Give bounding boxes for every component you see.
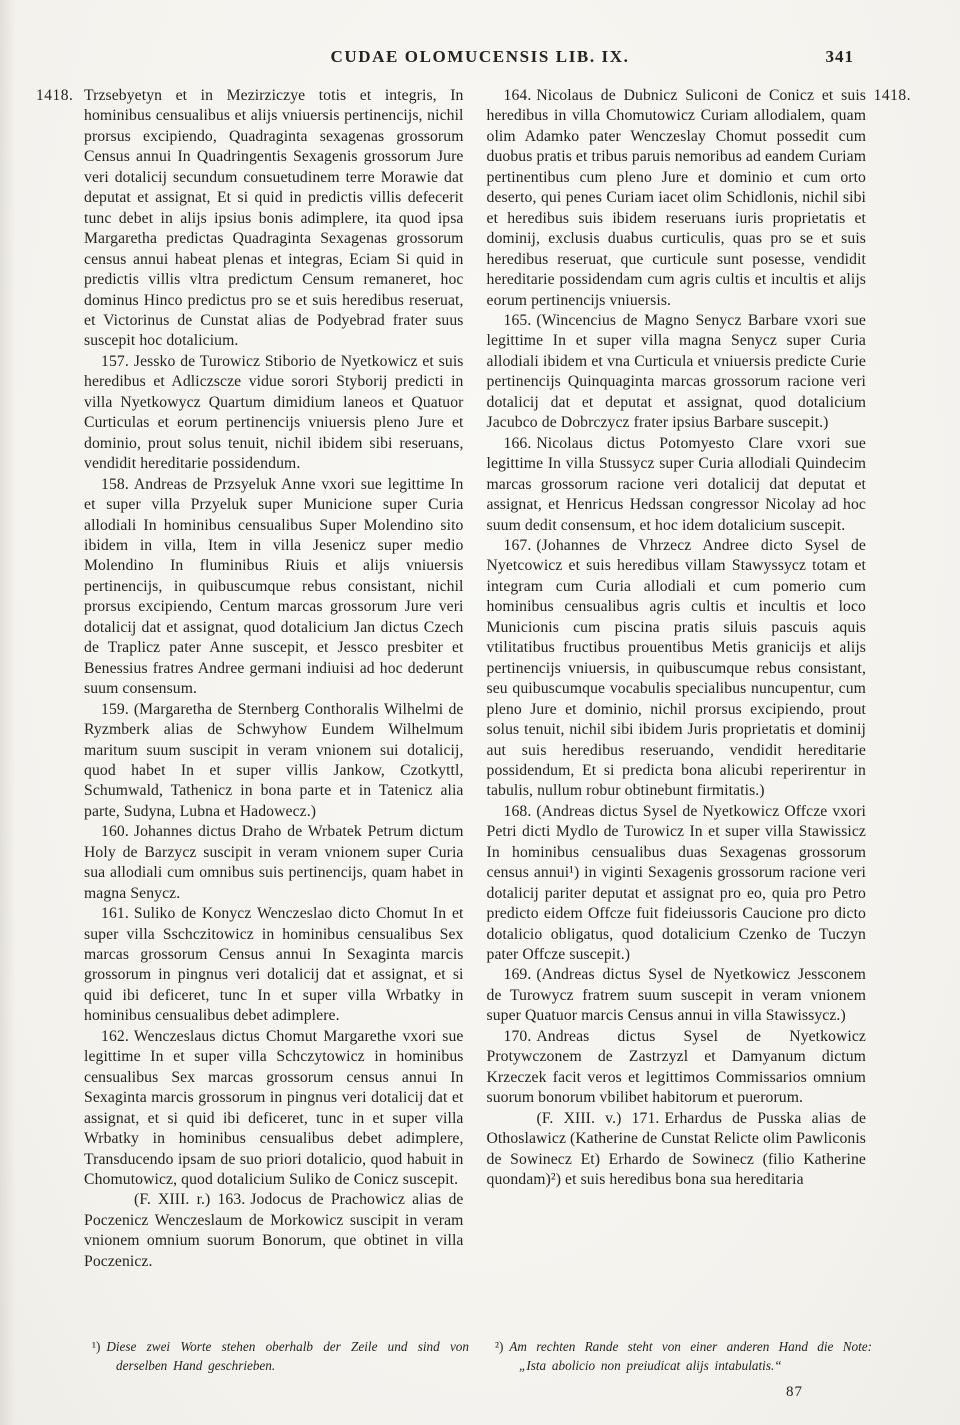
signature-mark: 87 [786,1384,803,1401]
paragraph-160: 160.Johannes dictus Draho de Wrbatek Pet… [84,822,464,904]
footnote-2-text: Am rechten Rande steht von einer anderen… [509,1339,872,1373]
paragraph-number: 157. [101,353,134,370]
paragraph-number: 169. [504,966,537,983]
left-column: Trzsebyetyn et in Mezirziczye totis et i… [84,86,464,1272]
paragraph-number: 165. [504,312,537,329]
paragraph-163: (F. XIII. r.) 163.Jodocus de Prachowicz … [84,1190,464,1272]
paragraph-164: 164.Nicolaus de Dubnicz Suliconi de Coni… [487,86,867,311]
paragraph-161: 161.Suliko de Konycz Wenczeslao dicto Ch… [84,904,464,1027]
paragraph-162: 162.Wenczeslaus dictus Chomut Margarethe… [84,1027,464,1191]
paragraph-168: 168.(Andreas dictus Sysel de Nyetkowicz … [487,802,867,966]
paragraph-171: (F. XIII. v.) 171.Erhardus de Pusska ali… [487,1109,867,1191]
paragraph-157: 157.Jessko de Turowicz Stiborio de Nyetk… [84,352,464,475]
paragraph-167: 167.(Johannes de Vhrzecz Andree dicto Sy… [487,536,867,802]
footnotes: ¹)Diese zwei Worte stehen oberhalb der Z… [92,1338,872,1375]
paragraph-number: (F. XIII. v.) 171. [537,1110,665,1127]
paragraph-number: 160. [101,823,134,840]
paragraph-text: (Andreas dictus Sysel de Nyetkowicz Jess… [487,966,867,1024]
paragraph-1418-continuation: Trzsebyetyn et in Mezirziczye totis et i… [84,86,464,352]
paragraph-text: (Andreas dictus Sysel de Nyetkowicz Offc… [487,803,867,963]
footnote-2: ²)Am rechten Rande steht von einer ander… [495,1338,872,1375]
paragraph-number: 158. [101,476,134,493]
paragraph-text: Nicolaus de Dubnicz Suliconi de Conicz e… [487,87,867,309]
paragraph-number: 162. [101,1028,134,1045]
margin-year-right: 1418. [874,87,911,105]
paragraph-text: Andreas de Przsyeluk Anne vxori sue legi… [84,476,464,698]
paragraph-text: (Johannes de Vhrzecz Andree dicto Sysel … [487,537,867,799]
paragraph-number: 170. [504,1028,537,1045]
footnote-2-marker: ²) [495,1339,509,1354]
footnote-1-text: Diese zwei Worte stehen oberhalb der Zei… [106,1339,469,1373]
paragraph-169: 169.(Andreas dictus Sysel de Nyetkowicz … [487,965,867,1026]
page-header: CUDAE OLOMUCENSIS LIB. IX. 341 [0,47,960,69]
paragraph-166: 166.Nicolaus dictus Potomyesto Clare vxo… [487,434,867,536]
paragraph-number: 168. [504,803,537,820]
paragraph-number: 159. [101,701,134,718]
paragraph-text: Trzsebyetyn et in Mezirziczye totis et i… [84,87,464,349]
paragraph-number: 161. [101,905,134,922]
paragraph-number: (F. XIII. r.) 163. [134,1191,250,1208]
margin-year-left: 1418. [36,87,73,105]
paragraph-165: 165.(Wincencius de Magno Senycz Barbare … [487,311,867,434]
paragraph-text: Jessko de Turowicz Stiborio de Nyetkowic… [84,353,464,472]
footnote-1-marker: ¹) [92,1339,106,1354]
page-number: 341 [826,47,855,67]
scanned-book-page: CUDAE OLOMUCENSIS LIB. IX. 341 1418. 141… [0,0,960,1425]
paragraph-text: Suliko de Konycz Wenczeslao dicto Chomut… [84,905,464,1024]
text-columns: Trzsebyetyn et in Mezirziczye totis et i… [84,86,866,1272]
paragraph-text: (Margaretha de Sternberg Conthoralis Wil… [84,701,464,820]
paragraph-number: 167. [504,537,537,554]
paragraph-number: 164. [504,87,537,104]
paragraph-158: 158.Andreas de Przsyeluk Anne vxori sue … [84,475,464,700]
right-column: 164.Nicolaus de Dubnicz Suliconi de Coni… [487,86,867,1272]
running-title: CUDAE OLOMUCENSIS LIB. IX. [0,47,960,67]
paragraph-159: 159.(Margaretha de Sternberg Conthoralis… [84,700,464,823]
paragraph-170: 170.Andreas dictus Sysel de Nyetkowicz P… [487,1027,867,1109]
paragraph-text: Andreas dictus Sysel de Nyetkowicz Proty… [487,1028,867,1106]
paragraph-text: (Wincencius de Magno Senycz Barbare vxor… [487,312,867,431]
paragraph-number: 166. [504,435,537,452]
paragraph-text: Wenczeslaus dictus Chomut Margarethe vxo… [84,1028,464,1188]
footnote-1: ¹)Diese zwei Worte stehen oberhalb der Z… [92,1338,469,1375]
paragraph-text: Johannes dictus Draho de Wrbatek Petrum … [84,823,464,901]
paragraph-text: Nicolaus dictus Potomyesto Clare vxori s… [487,435,867,534]
